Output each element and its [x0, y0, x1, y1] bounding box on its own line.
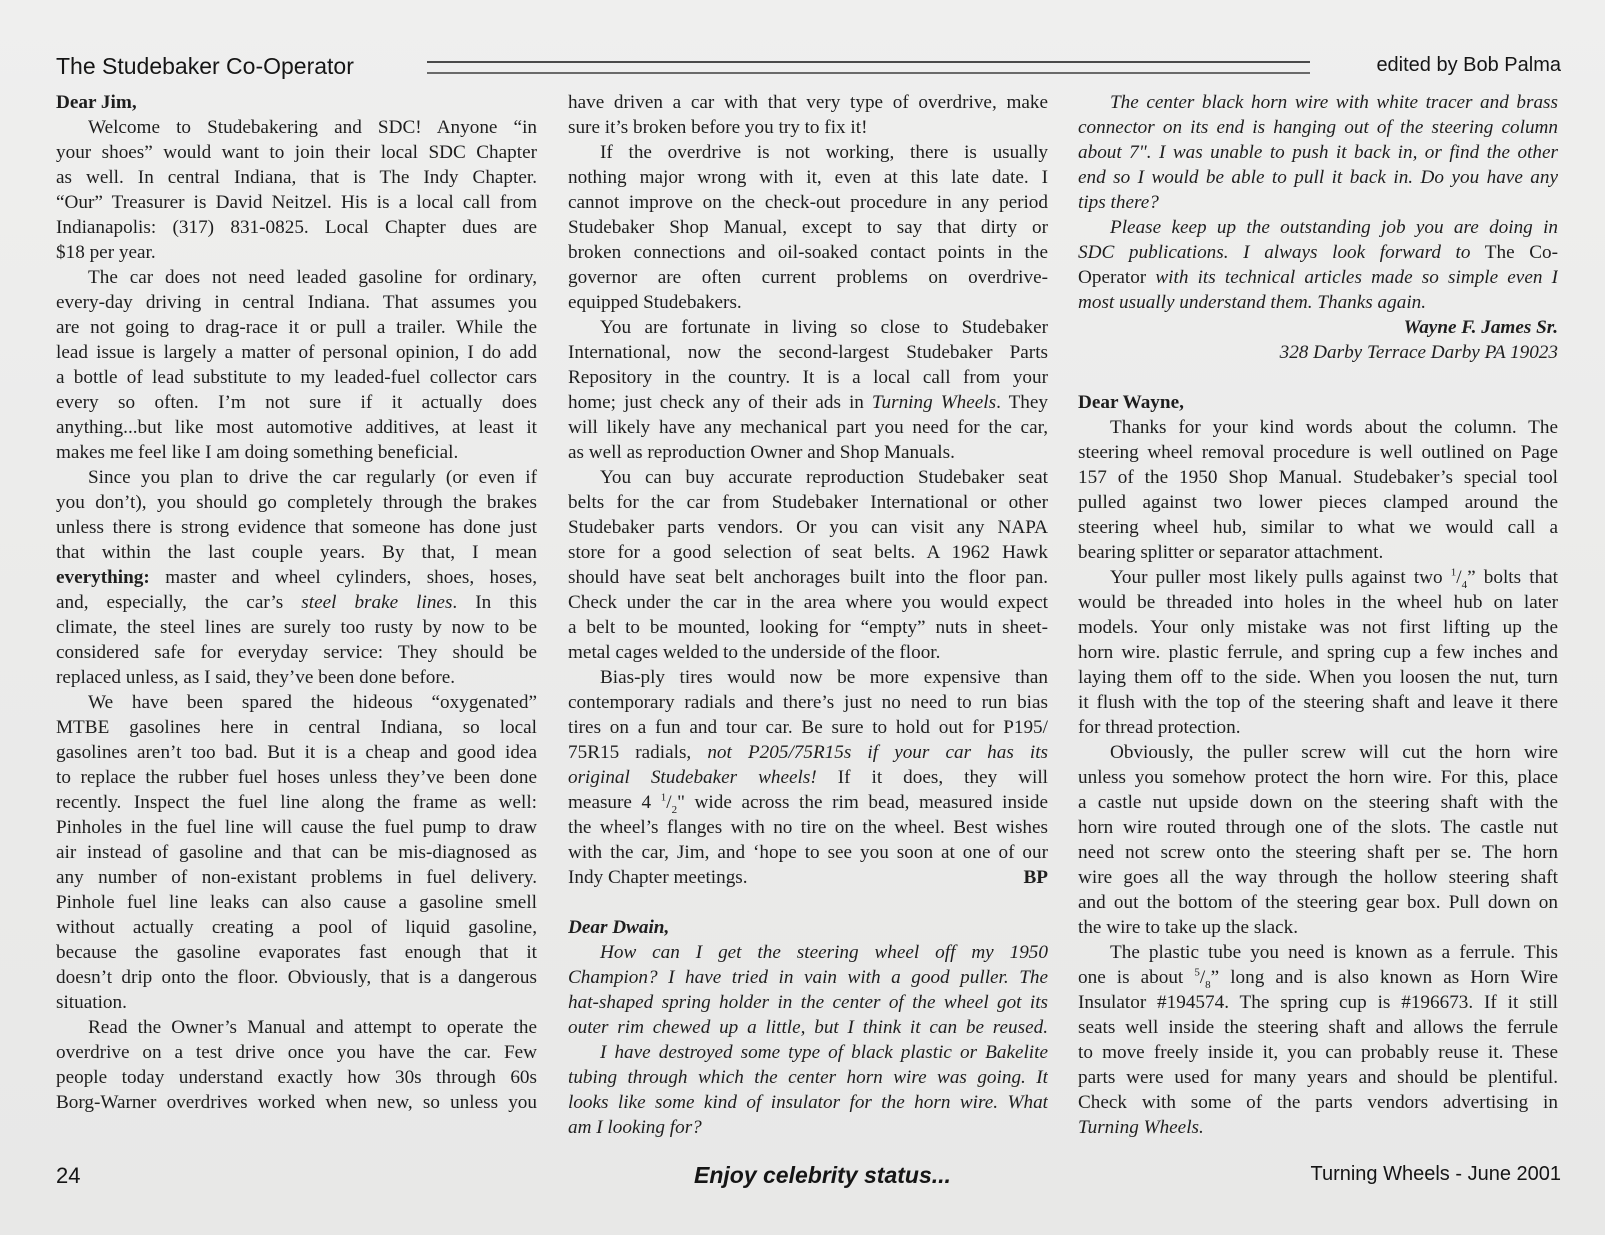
text-fragment: SDC publications. I always look forward … [1078, 242, 1470, 263]
paragraph-line: Since you plan to drive the car regularl… [56, 465, 537, 490]
paragraph-line: overdrive on a test drive once you have … [56, 1040, 537, 1065]
paragraph-line: Insulator #194574. The spring cup is #19… [1078, 990, 1558, 1015]
paragraph-line: need not screw onto the steering shaft p… [1078, 840, 1558, 865]
paragraph-line: Pinholes in the fuel line will cause the… [56, 815, 537, 840]
text-fragment: " wide across the rim bead, measured ins… [677, 792, 1048, 813]
signoff-initials: BP [1023, 865, 1048, 890]
column-editor-credit: edited by Bob Palma [1376, 54, 1561, 77]
spacer [568, 890, 1048, 915]
text-fragment: and, especially, the car’s [56, 592, 283, 613]
letter-line: outer rim chewed up a little, but I thin… [568, 1015, 1048, 1040]
paragraph-line: as well. In central Indiana, that is The… [56, 165, 537, 190]
italic-turning-wheels: Turning Wheels [872, 392, 996, 413]
paragraph-line: situation. [56, 990, 537, 1015]
paragraph-line: Indianapolis: (317) 831-0825. Local Chap… [56, 215, 537, 240]
paragraph-line: You are fortunate in living so close to … [568, 315, 1048, 340]
paragraph-line: would be threaded into holes in the whee… [1078, 590, 1558, 615]
paragraph-line: The car does not need leaded gasoline fo… [56, 265, 537, 290]
paragraph-line: Check under the car in the area where yo… [568, 590, 1048, 615]
letter-line: hat-shaped spring holder in the center o… [568, 990, 1048, 1015]
text-fragment: master and wheel cylinders, shoes, hoses… [165, 567, 537, 588]
signature-address: 328 Darby Terrace Darby PA 19023 [1078, 340, 1558, 365]
paragraph-line: recently. Inspect the fuel line along th… [56, 790, 537, 815]
paragraph-line: considered safe for everyday service: Th… [56, 640, 537, 665]
paragraph-line: laying them off to the side. When you lo… [1078, 665, 1558, 690]
paragraph-line: will likely have any mechanical part you… [568, 415, 1048, 440]
paragraph-line: air instead of gasoline and that can be … [56, 840, 537, 865]
paragraph-line: a belt to be mounted, looking for “empty… [568, 615, 1048, 640]
publication-name-fragment: The Co- [1470, 242, 1558, 263]
paragraph-line: Turning Wheels. [1078, 1115, 1558, 1140]
paragraph-line: a castle nut upside down on the steering… [1078, 790, 1558, 815]
letter-line-mixed: Operator with its technical articles mad… [1078, 265, 1558, 290]
paragraph-line-mixed: original Studebaker wheels! If it does, … [568, 765, 1048, 790]
paragraph-line: Studebaker Shop Manual, except to say th… [568, 215, 1048, 240]
letter-line: Please keep up the outstanding job you a… [1078, 215, 1558, 240]
paragraph-line-mixed: home; just check any of their ads in Tur… [568, 390, 1048, 415]
paragraph-line: you don’t), you should go completely thr… [56, 490, 537, 515]
paragraph-line: sure it’s broken before you try to fix i… [568, 115, 1048, 140]
paragraph-line-mixed: everything: master and wheel cylinders, … [56, 565, 537, 590]
paragraph-line-mixed: Your puller most likely pulls against tw… [1078, 565, 1558, 590]
paragraph-line: horn wire routed through one of the slot… [1078, 815, 1558, 840]
letter-line: tips there? [1078, 190, 1558, 215]
paragraph-line: equipped Studebakers. [568, 290, 1048, 315]
spacer [1078, 365, 1558, 390]
paragraph-line: MTBE gasolines here in central Indiana, … [56, 715, 537, 740]
paragraph-line: models. Your only mistake was not first … [1078, 615, 1558, 640]
text-fragment: one is about [1078, 967, 1183, 988]
paragraph-line: unless there is strong evidence that som… [56, 515, 537, 540]
signature-name: Wayne F. James Sr. [1078, 315, 1558, 340]
fraction-numerator: 1 [661, 792, 667, 804]
paragraph-line: Repository in the country. It is a local… [568, 365, 1048, 390]
paragraph-line: without actually creating a pool of liqu… [56, 915, 537, 940]
paragraph-line: any number of non-existant problems in f… [56, 865, 537, 890]
column-title: The Studebaker Co-Operator [56, 53, 354, 80]
paragraph-line: broken connections and oil-soaked contac… [568, 240, 1048, 265]
letter-line: tubing through which the center horn wir… [568, 1065, 1048, 1090]
issue-date: Turning Wheels - June 2001 [1310, 1163, 1561, 1186]
text-fragment: Your puller most likely pulls against tw… [1110, 567, 1443, 588]
letter-line: am I looking for? [568, 1115, 1048, 1140]
paragraph-line: You can buy accurate reproduction Studeb… [568, 465, 1048, 490]
paragraph-line: Read the Owner’s Manual and attempt to o… [56, 1015, 537, 1040]
paragraph-line: nothing major wrong with it, even at thi… [568, 165, 1048, 190]
paragraph-line: Pinhole fuel line leaks can also cause a… [56, 890, 537, 915]
paragraph-line: governor are often current problems on o… [568, 265, 1048, 290]
publication-name-fragment: Operator [1078, 267, 1146, 288]
text-column-3: The center black horn wire with white tr… [1078, 90, 1558, 1140]
text-fragment: with its technical articles made so simp… [1146, 267, 1558, 288]
paragraph-line: 157 of the 1950 Shop Manual. Studebaker’… [1078, 465, 1558, 490]
paragraph-line-signoff: Indy Chapter meetings.BP [568, 865, 1048, 890]
paragraph-line: every so often. I’m not sure if it actua… [56, 390, 537, 415]
letter-line: looks like some kind of insulator for th… [568, 1090, 1048, 1115]
paragraph-line: makes me feel like I am doing something … [56, 440, 537, 465]
paragraph-line: Welcome to Studebakering and SDC! Anyone… [56, 115, 537, 140]
text-fragment: ” long and is also known as Horn Wire [1211, 967, 1558, 988]
text-fragment: . In this [452, 592, 537, 613]
fraction-numerator: 1 [1451, 567, 1457, 579]
paragraph-line: Obviously, the puller screw will cut the… [1078, 740, 1558, 765]
salutation-dear-jim: Dear Jim, [56, 90, 537, 115]
paragraph-line-mixed: one is about 5/8” long and is also known… [1078, 965, 1558, 990]
paragraph-line: should have seat belt anchorages built i… [568, 565, 1048, 590]
paragraph-line: and out the bottom of the steering gear … [1078, 890, 1558, 915]
bold-everything: everything: [56, 567, 150, 588]
letter-line: most usually understand them. Thanks aga… [1078, 290, 1558, 315]
letter-line: Champion? I have tried in vain with a go… [568, 965, 1048, 990]
paragraph-line: Bias-ply tires would now be more expensi… [568, 665, 1048, 690]
paragraph-line: seats well inside the steering shaft and… [1078, 1015, 1558, 1040]
salutation-dear-dwain: Dear Dwain, [568, 915, 1048, 940]
paragraph-line: The plastic tube you need is known as a … [1078, 940, 1558, 965]
paragraph-line: to move freely inside it, you can probab… [1078, 1040, 1558, 1065]
paragraph-line: contemporary radials and there’s just no… [568, 690, 1048, 715]
paragraph-line: “Our” Treasurer is David Neitzel. His is… [56, 190, 537, 215]
text-fragment: If it does, they will [817, 767, 1048, 788]
text-fragment: measure 4 [568, 792, 651, 813]
magazine-page: The Studebaker Co-Operator edited by Bob… [0, 0, 1605, 1235]
text-column-2: have driven a car with that very type of… [568, 90, 1048, 1140]
letter-line: about 7". I was unable to push it back i… [1078, 140, 1558, 165]
paragraph-line: steering wheel hub, similar to what we w… [1078, 515, 1558, 540]
paragraph-line: If the overdrive is not working, there i… [568, 140, 1048, 165]
paragraph-line: it flush with the top of the steering sh… [1078, 690, 1558, 715]
paragraph-line: steering wheel removal procedure is well… [1078, 440, 1558, 465]
paragraph-line: wire goes all the way through the hollow… [1078, 865, 1558, 890]
text-fragment: ” bolts that [1467, 567, 1558, 588]
italic-steel-brake-lines: steel brake lines [301, 592, 452, 613]
paragraph-line: replaced unless, as I said, they’ve been… [56, 665, 537, 690]
paragraph-line: because the gasoline evaporates fast eno… [56, 940, 537, 965]
paragraph-line: lead issue is largely a matter of person… [56, 340, 537, 365]
paragraph-line: pulled against two lower pieces clamped … [1078, 490, 1558, 515]
italic-tire-warning: not P205/75R15s if your car has its [707, 742, 1048, 763]
letter-line: The center black horn wire with white tr… [1078, 90, 1558, 115]
paragraph-line: with the car, Jim, and ‘hope to see you … [568, 840, 1048, 865]
paragraph-line: every-day driving in central Indiana. Th… [56, 290, 537, 315]
paragraph-line: climate, the steel lines are surely too … [56, 615, 537, 640]
paragraph-line: metal cages welded to the underside of t… [568, 640, 1048, 665]
text-fragment: home; just check any of their ads in [568, 392, 864, 413]
paragraph-line: Thanks for your kind words about the col… [1078, 415, 1558, 440]
paragraph-line: Studebaker parts vendors. Or you can vis… [568, 515, 1048, 540]
paragraph-line: tires on a fun and tour car. Be sure to … [568, 715, 1048, 740]
paragraph-line: are not going to drag-race it or pull a … [56, 315, 537, 340]
letter-line: How can I get the steering wheel off my … [568, 940, 1048, 965]
paragraph-line: as well as reproduction Owner and Shop M… [568, 440, 1048, 465]
paragraph-line-mixed: measure 4 1/2" wide across the rim bead,… [568, 790, 1048, 815]
letter-line: I have destroyed some type of black plas… [568, 1040, 1048, 1065]
letter-line: connector on its end is hanging out of t… [1078, 115, 1558, 140]
text-column-1: Dear Jim, Welcome to Studebakering and S… [56, 90, 537, 1115]
paragraph-line: bearing splitter or separator attachment… [1078, 540, 1558, 565]
fraction-numerator: 5 [1194, 967, 1200, 979]
header-double-rule [427, 61, 1310, 74]
paragraph-line: cannot improve on the check-out procedur… [568, 190, 1048, 215]
paragraph-line: people today understand exactly how 30s … [56, 1065, 537, 1090]
footer-teaser: Enjoy celebrity status... [694, 1162, 951, 1189]
paragraph-line: Check with some of the parts vendors adv… [1078, 1090, 1558, 1115]
paragraph-line: gasolines aren’t too bad. But it is a ch… [56, 740, 537, 765]
paragraph-line: your shoes” would want to join their loc… [56, 140, 537, 165]
paragraph-line: horn wire. plastic ferrule, and spring c… [1078, 640, 1558, 665]
paragraph-line: International, now the second-largest St… [568, 340, 1048, 365]
paragraph-line: that within the last couple years. By th… [56, 540, 537, 565]
text-fragment: Indy Chapter meetings. [568, 865, 748, 890]
salutation-dear-wayne: Dear Wayne, [1078, 390, 1558, 415]
text-fragment: . They [996, 392, 1048, 413]
paragraph-line: have driven a car with that very type of… [568, 90, 1048, 115]
paragraph-line: We have been spared the hideous “oxygena… [56, 690, 537, 715]
paragraph-line: for thread protection. [1078, 715, 1558, 740]
paragraph-line: anything...but like most automotive addi… [56, 415, 537, 440]
paragraph-line: the wire to take up the slack. [1078, 915, 1558, 940]
text-fragment: 75R15 radials, [568, 742, 691, 763]
letter-line: end so I would be able to pull it back i… [1078, 165, 1558, 190]
paragraph-line: to replace the rubber fuel hoses unless … [56, 765, 537, 790]
paragraph-line: a bottle of lead substitute to my leaded… [56, 365, 537, 390]
paragraph-line-mixed: and, especially, the car’s steel brake l… [56, 590, 537, 615]
paragraph-line-mixed: 75R15 radials, not P205/75R15s if your c… [568, 740, 1048, 765]
paragraph-line: $18 per year. [56, 240, 537, 265]
paragraph-line: store for a good selection of seat belts… [568, 540, 1048, 565]
page-number: 24 [56, 1163, 80, 1189]
paragraph-line: Borg-Warner overdrives worked when new, … [56, 1090, 537, 1115]
paragraph-line: unless you somehow protect the horn wire… [1078, 765, 1558, 790]
paragraph-line: belts for the car from Studebaker Intern… [568, 490, 1048, 515]
italic-original-wheels: original Studebaker wheels! [568, 767, 817, 788]
paragraph-line: parts were used for many years and shoul… [1078, 1065, 1558, 1090]
paragraph-line: the wheel’s flanges with no tire on the … [568, 815, 1048, 840]
paragraph-line: doesn’t drip onto the floor. Obviously, … [56, 965, 537, 990]
letter-line-mixed: SDC publications. I always look forward … [1078, 240, 1558, 265]
